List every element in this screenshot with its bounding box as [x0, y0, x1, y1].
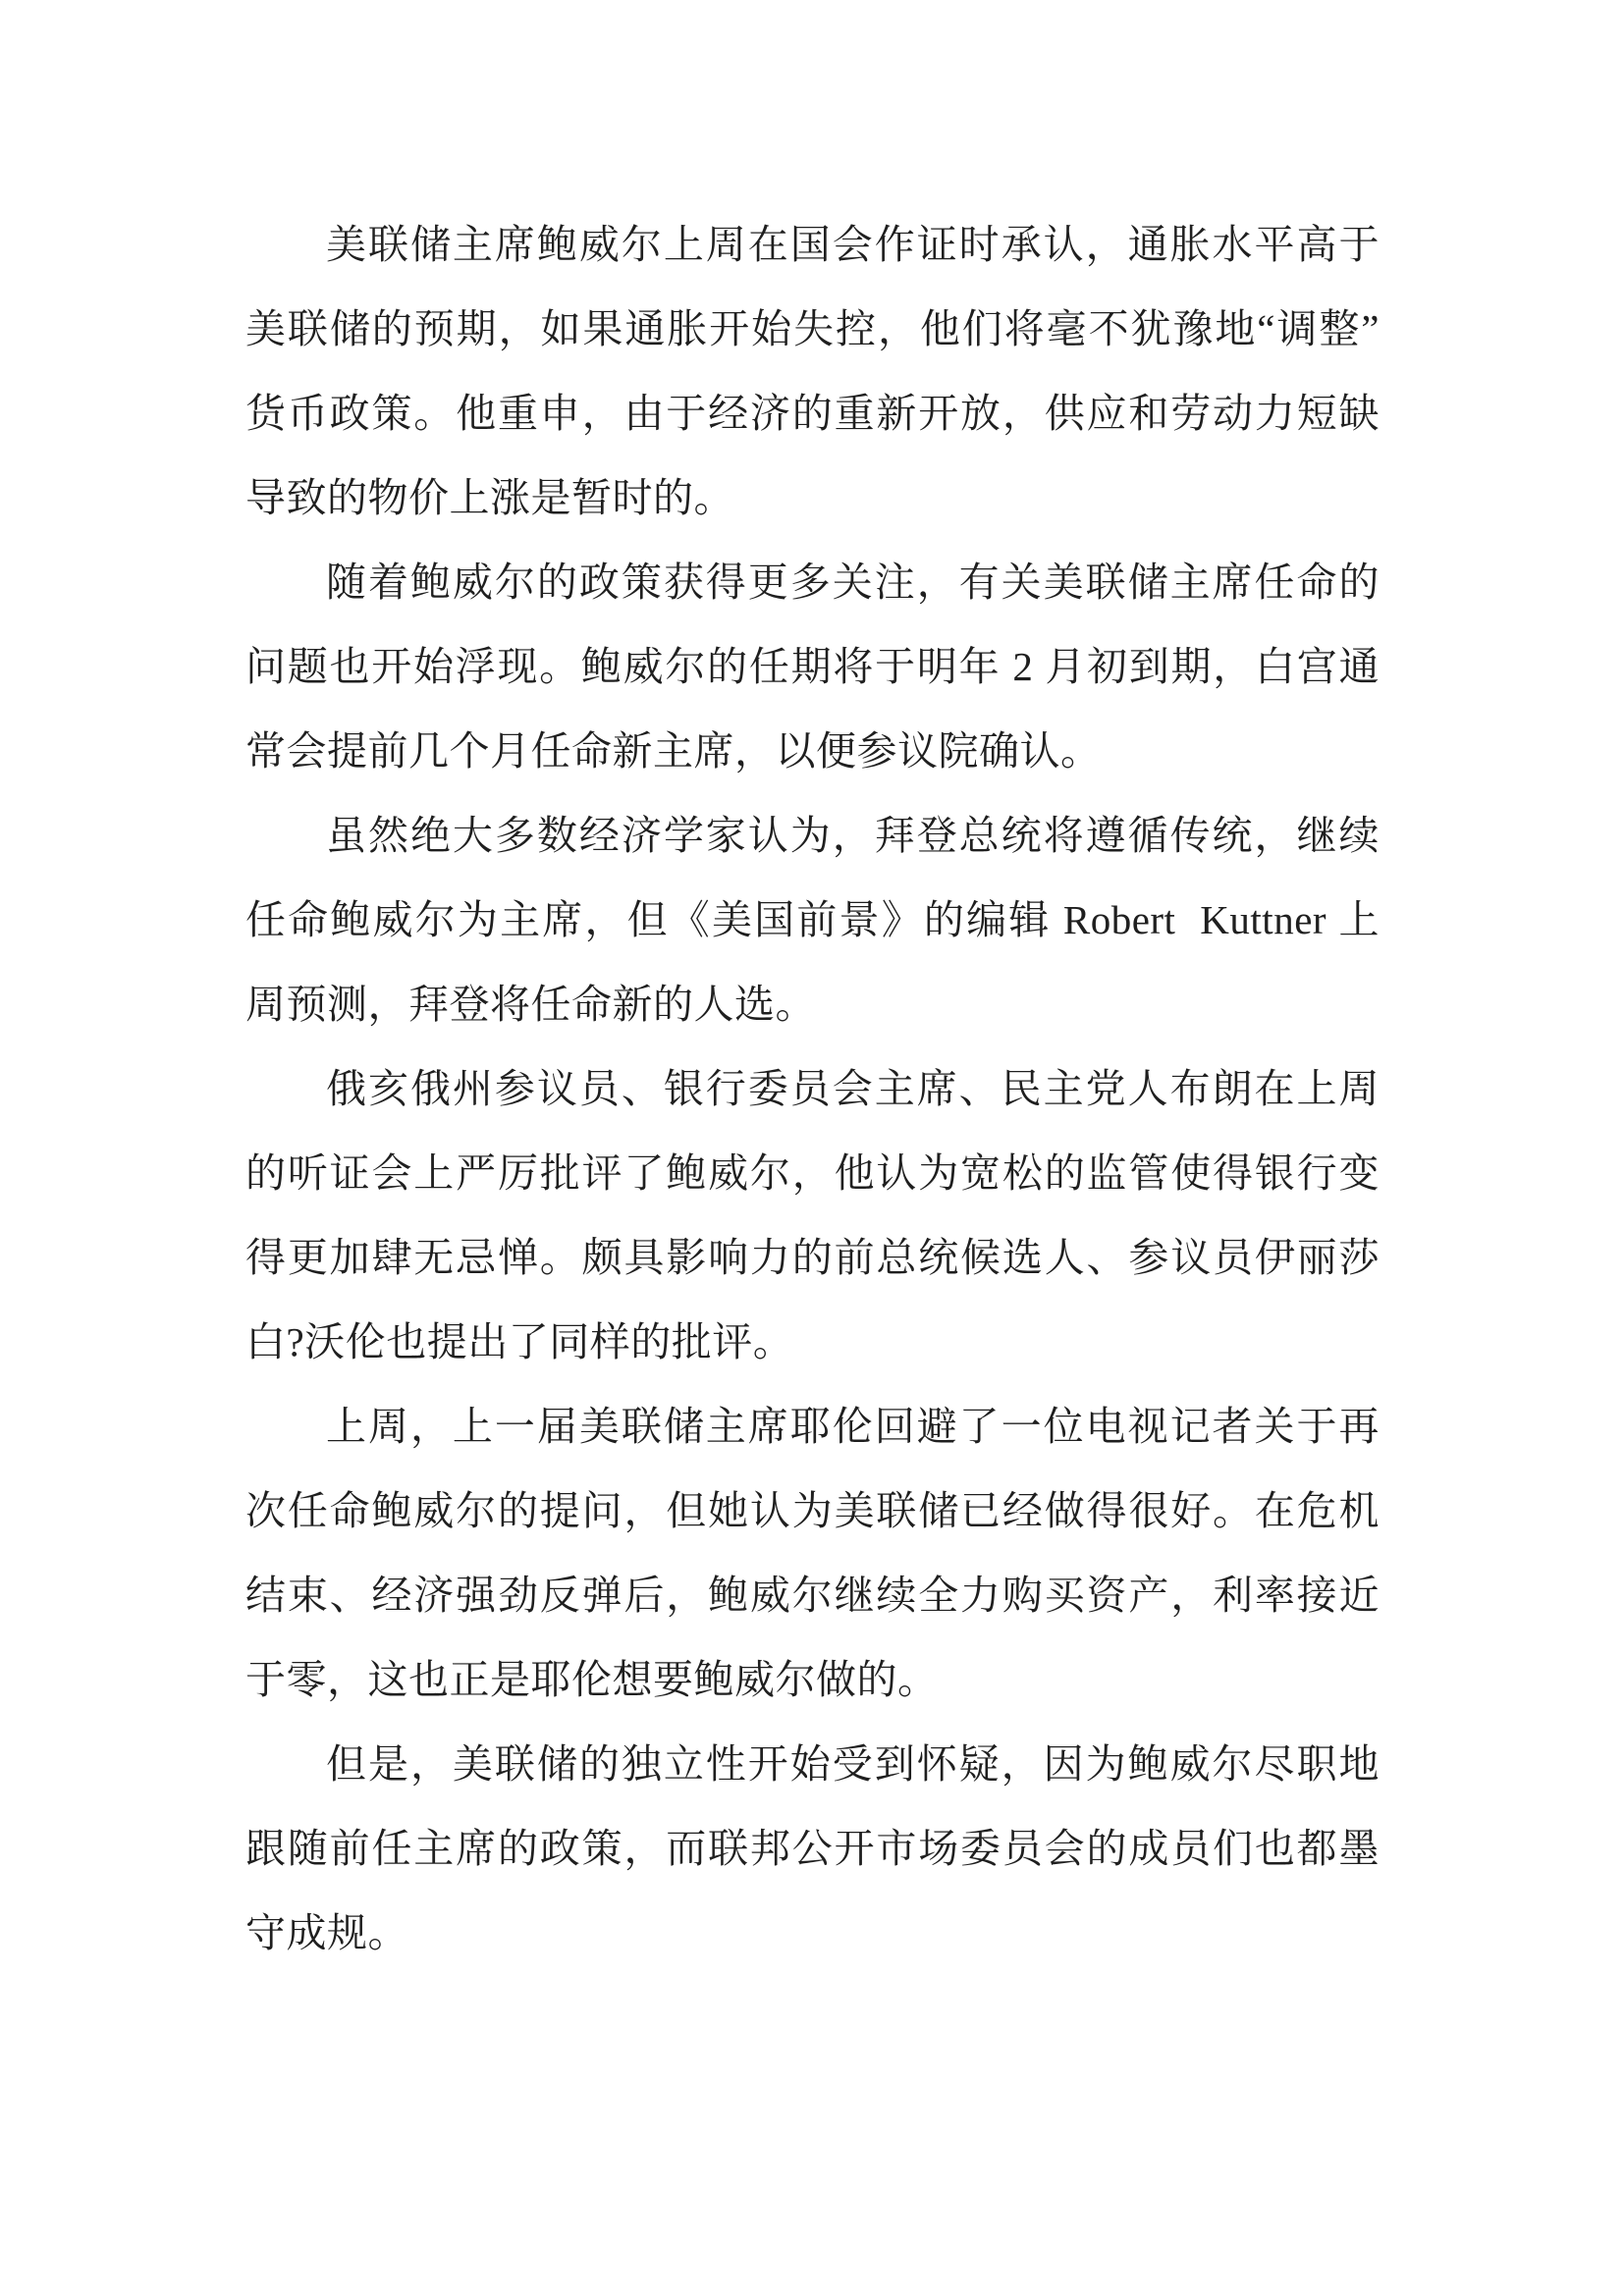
paragraph: 随着鲍威尔的政策获得更多关注，有关美联储主席任命的问题也开始浮现。鲍威尔的任期将… — [245, 540, 1380, 793]
paragraph: 俄亥俄州参议员、银行委员会主席、民主党人布朗在上周的听证会上严厉批评了鲍威尔，他… — [245, 1046, 1380, 1384]
document-body: 美联储主席鲍威尔上周在国会作证时承认，通胀水平高于美联储的预期，如果通胀开始失控… — [245, 202, 1380, 1975]
paragraph: 但是，美联储的独立性开始受到怀疑，因为鲍威尔尽职地跟随前任主席的政策，而联邦公开… — [245, 1722, 1380, 1975]
paragraph: 上周，上一届美联储主席耶伦回避了一位电视记者关于再次任命鲍威尔的提问，但她认为美… — [245, 1384, 1380, 1722]
paragraph: 美联储主席鲍威尔上周在国会作证时承认，通胀水平高于美联储的预期，如果通胀开始失控… — [245, 202, 1380, 540]
document-page: 美联储主席鲍威尔上周在国会作证时承认，通胀水平高于美联储的预期，如果通胀开始失控… — [0, 0, 1624, 2296]
paragraph: 虽然绝大多数经济学家认为，拜登总统将遵循传统，继续任命鲍威尔为主席，但《美国前景… — [245, 793, 1380, 1046]
